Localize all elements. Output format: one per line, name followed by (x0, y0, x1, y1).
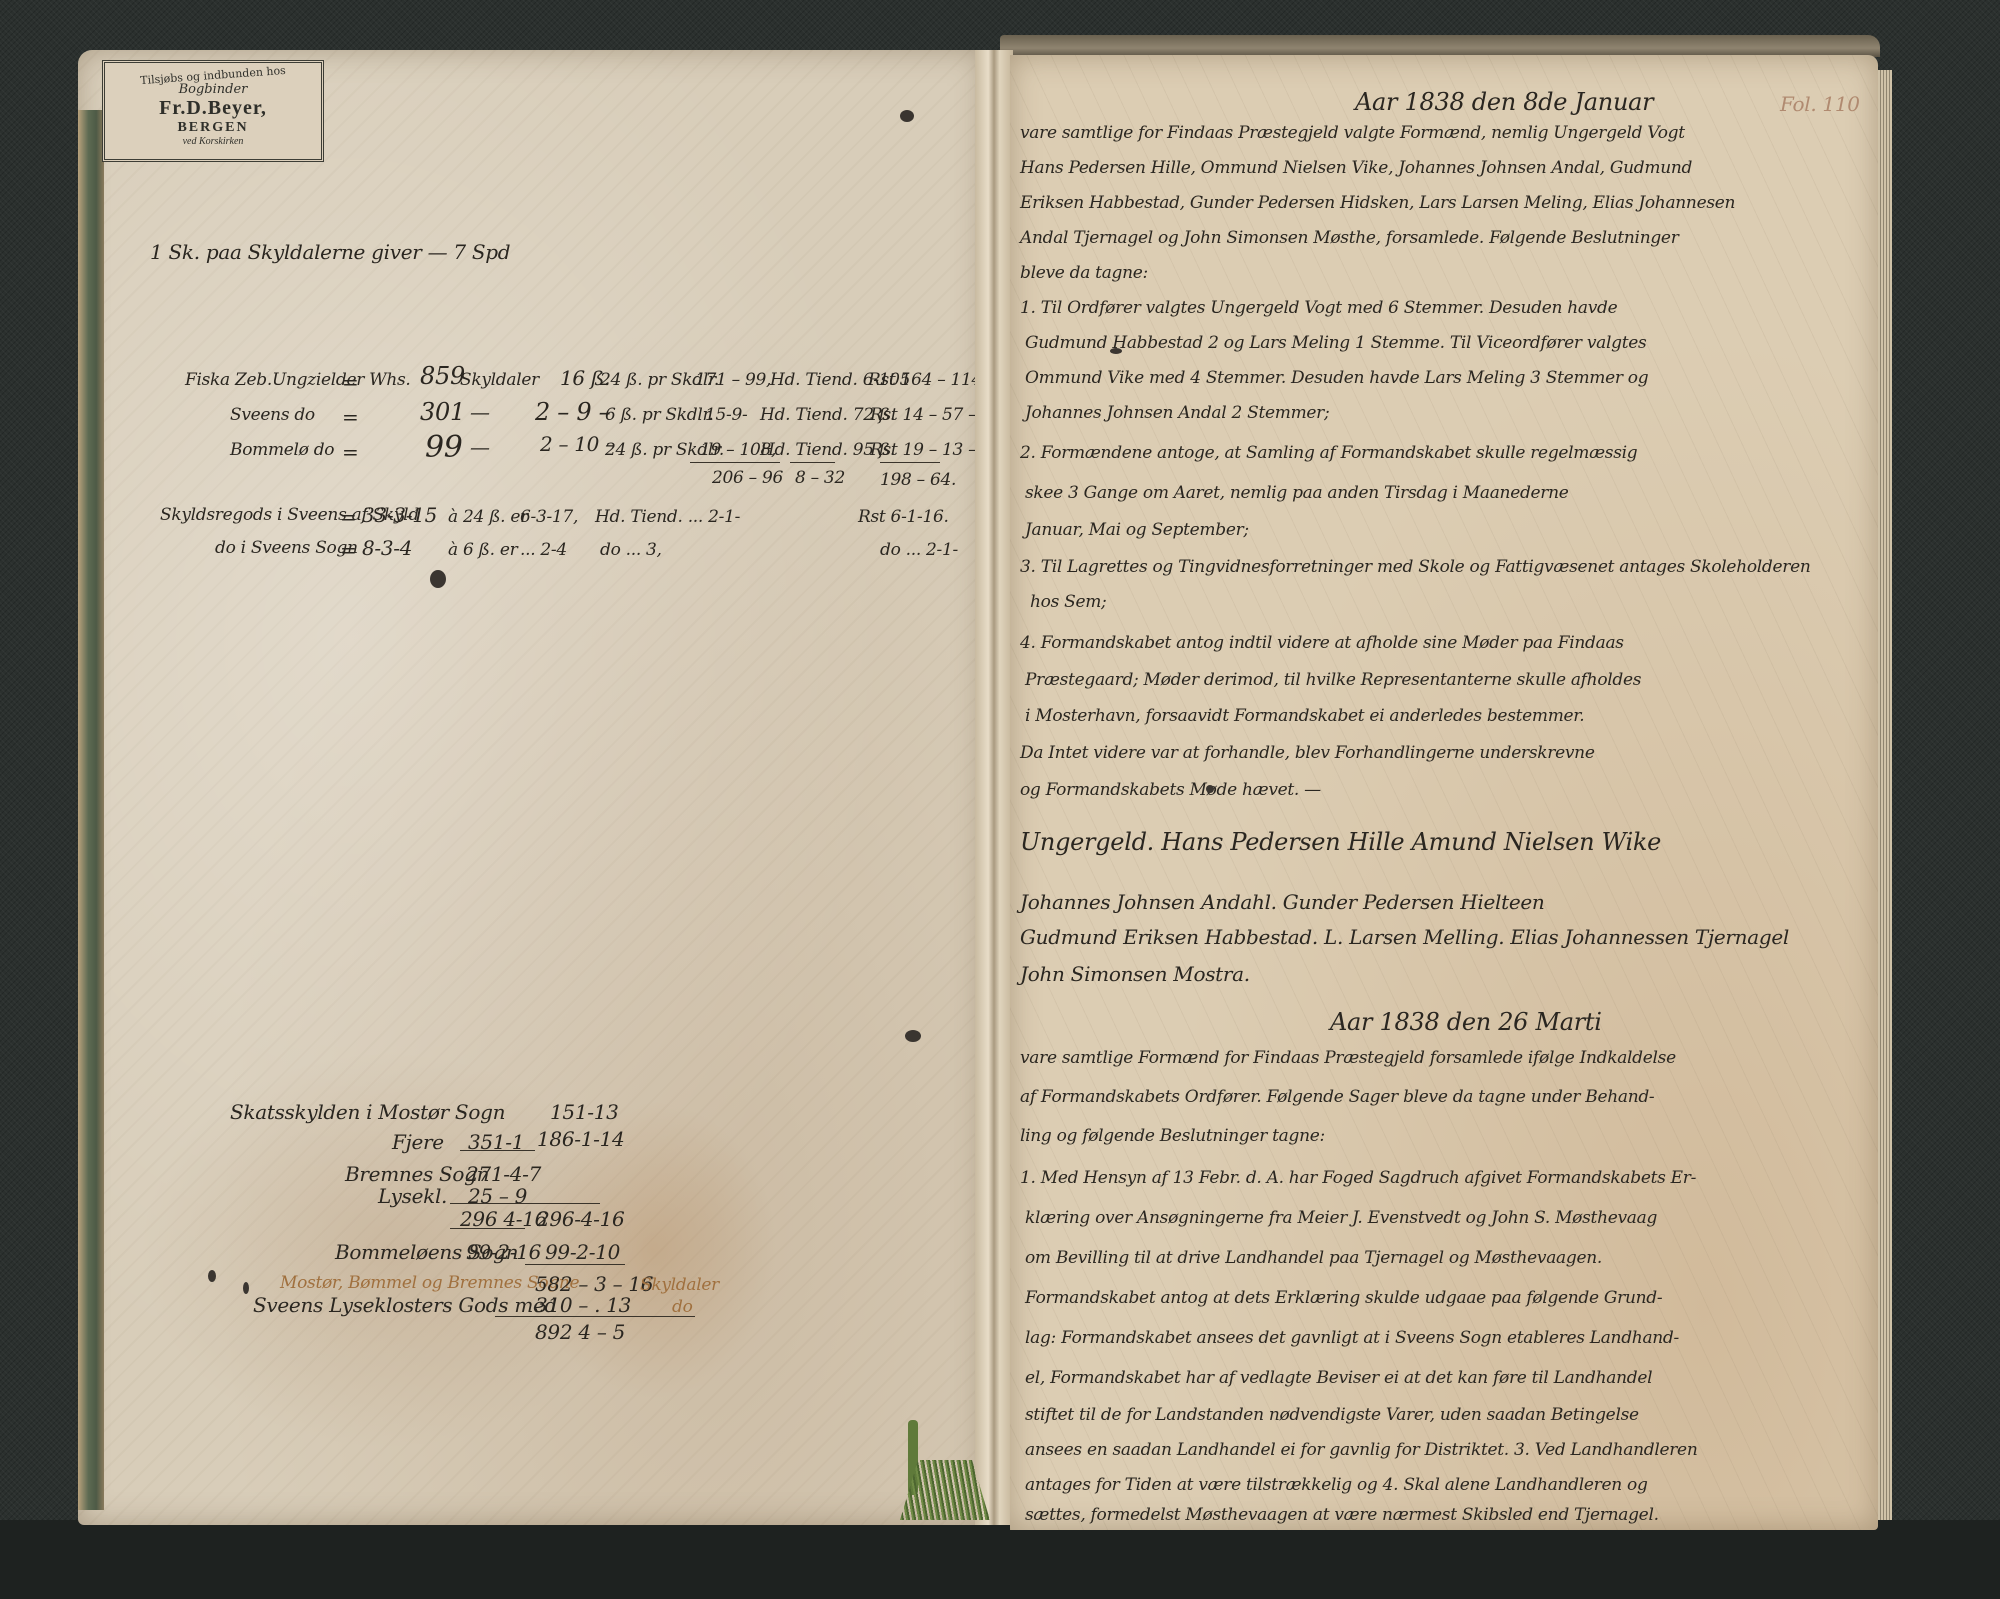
ink-blot (1110, 348, 1122, 354)
text-line: stiftet til de for Landstanden nødvendig… (1025, 1405, 1639, 1425)
text-line: og Formandskabets Møde hævet. — (1020, 780, 1321, 800)
value: 171 – 99, (695, 370, 771, 390)
text-line: Da Intet videre var at forhandle, blev F… (1020, 743, 1595, 763)
text-line: Præstegaard; Møder derimod, til hvilke R… (1025, 670, 1641, 690)
value: Rst 164 – 114 (868, 370, 982, 390)
row-label: Bommelø do (230, 440, 334, 460)
entry-date-heading: Aar 1838 den 8de Januar (1355, 88, 1653, 116)
text-line: antages for Tiden at være tilstrækkelig … (1025, 1475, 1648, 1495)
equals: = (342, 440, 358, 464)
bookbinder-label: Tilsjøbs og indbunden hos Bogbinder Fr.D… (102, 60, 324, 162)
binder-city: BERGEN (105, 120, 321, 136)
text-line: hos Sem; (1030, 592, 1106, 612)
ink-blot (243, 1282, 249, 1294)
sum-rule (880, 462, 940, 463)
row-label: do i Sveens Sogn (215, 538, 358, 558)
text-line: klæring over Ansøgningerne fra Meier J. … (1025, 1208, 1657, 1228)
text-line: 3. Til Lagrettes og Tingvidnesforretning… (1020, 557, 1811, 577)
unit: — (470, 400, 490, 424)
ink-blot (1206, 785, 1214, 793)
rate: à 6 ß. er (448, 540, 517, 560)
folio-number: Fol. 110 (1780, 92, 1860, 116)
text-line: Eriksen Habbestad, Gunder Pedersen Hidsk… (1020, 193, 1735, 213)
value: ... 2-4 (520, 540, 567, 560)
sum-rule (790, 462, 835, 463)
value: do ... 2-1- (880, 540, 958, 560)
text-line: skee 3 Gange om Aaret, nemlig paa anden … (1025, 483, 1569, 503)
tally-value: 186-1-14 (537, 1127, 624, 1151)
tally-value: 310 – . 13 (535, 1293, 631, 1317)
ink-blot (905, 1030, 921, 1042)
rate: 2 – 10 – (540, 432, 615, 456)
value: 15-9- (705, 405, 747, 425)
text-line: 1. Med Hensyn af 13 Febr. d. A. har Foge… (1020, 1168, 1696, 1188)
row-label: Fiska Zeb.Ungzielder Whs. (185, 370, 411, 390)
tally-label: Skatsskylden i Mostør Sogn (230, 1100, 505, 1124)
tally-value: 25 – 9 (468, 1184, 527, 1208)
text-line: Hans Pedersen Hille, Ommund Nielsen Vike… (1020, 158, 1692, 178)
tally-label: Sveens Lyseklosters Gods med (253, 1293, 557, 1317)
tally-value: 99-2-10 (545, 1240, 620, 1264)
text-line: Andal Tjernagel og John Simonsen Møsthe,… (1020, 228, 1679, 248)
signature-line: Ungergeld. Hans Pedersen Hille Amund Nie… (1020, 828, 1661, 856)
text-line: vare samtlige for Findaas Præstegjeld va… (1020, 123, 1685, 143)
page-edges (1878, 70, 1892, 1520)
per-rate: 6 ß. pr Skdlr. (605, 405, 714, 425)
ink-blot (208, 1270, 216, 1282)
equals: = (342, 405, 358, 429)
equals: = (340, 538, 356, 562)
tally-value: 271-4-7 (466, 1162, 541, 1186)
binder-address: ved Korskirken (105, 136, 321, 147)
text-line: bleve da tagne: (1020, 263, 1148, 283)
total: 8 – 32 (795, 468, 845, 488)
sum-rule (525, 1264, 625, 1265)
total: 198 – 64. (880, 470, 956, 490)
entry-date-heading: Aar 1838 den 26 Marti (1330, 1008, 1602, 1036)
text-line: Januar, Mai og September; (1025, 520, 1249, 540)
text-line: ansees en saadan Landhandel ei for gavnl… (1025, 1440, 1697, 1460)
amount: 859 (420, 362, 465, 390)
signature-line: John Simonsen Mostra. (1020, 962, 1250, 986)
sum-rule (450, 1203, 600, 1204)
amount: 33-3-15 (362, 503, 437, 527)
text-line: 1. Til Ordfører valgtes Ungergeld Vogt m… (1020, 298, 1617, 318)
rate: à 24 ß. er (448, 507, 528, 527)
tally-value: 892 4 – 5 (535, 1320, 625, 1344)
sum-rule (450, 1228, 525, 1229)
text-line: ling og følgende Beslutninger tagne: (1020, 1126, 1325, 1146)
signature-line: Johannes Johnsen Andahl. Gunder Pedersen… (1020, 890, 1544, 914)
rate: 2 – 9 – (535, 398, 610, 426)
text-line: om Bevilling til at drive Landhandel paa… (1025, 1248, 1602, 1268)
text-line: Johannes Johnsen Andal 2 Stemmer; (1025, 403, 1329, 423)
bookmark-tassel[interactable] (900, 1420, 990, 1520)
left-heading: 1 Sk. paa Skyldalerne giver — 7 Spd (150, 240, 510, 264)
text-line: af Formandskabets Ordfører. Følgende Sag… (1020, 1087, 1654, 1107)
tally-label: Lysekl. (378, 1184, 447, 1208)
marbled-spine-edge (78, 110, 104, 1510)
tally-note-brown: do (672, 1297, 693, 1317)
unit: Skyldaler (460, 370, 539, 390)
value: do ... 3, (600, 540, 662, 560)
total: 206 – 96 (712, 468, 783, 488)
cloth-background (0, 1520, 2000, 1599)
text-line: el, Formandskabet har af vedlagte Bevise… (1025, 1368, 1652, 1388)
text-line: vare samtlige Formænd for Findaas Præste… (1020, 1048, 1676, 1068)
value: Rst 14 – 57 – (870, 405, 976, 425)
value: 6-3-17, (520, 507, 578, 527)
sum-rule (690, 462, 780, 463)
ink-blot (900, 110, 914, 122)
tally-value: 99-2-16 (466, 1240, 541, 1264)
equals: = (342, 370, 358, 394)
unit: — (470, 435, 490, 459)
text-line: Formandskabet antog at dets Erklæring sk… (1025, 1288, 1662, 1308)
text-line: i Mosterhavn, forsaavidt Formandskabet e… (1025, 706, 1584, 726)
tally-note-brown: Skyldaler (640, 1275, 719, 1295)
value: Hd. Tiend. ... 2-1- (595, 507, 740, 527)
tally-value: 151-13 (550, 1100, 619, 1124)
text-line: lag: Formandskabet ansees det gavnligt a… (1025, 1328, 1679, 1348)
text-line: sættes, formedelst Møsthevaagen at være … (1025, 1505, 1659, 1525)
text-line: 4. Formandskabet antog indtil videre at … (1020, 633, 1624, 653)
book-top-edge (1000, 35, 1880, 57)
tally-value: 296-4-16 (537, 1207, 624, 1231)
amount: 8-3-4 (362, 536, 412, 560)
value: Rst 19 – 13 – (870, 440, 976, 460)
binder-name: Fr.D.Beyer, (105, 97, 321, 120)
book-gutter (975, 50, 1013, 1525)
amount: 99 (425, 430, 463, 465)
row-label: Sveens do (230, 405, 315, 425)
tally-label: Fjere (392, 1130, 444, 1154)
ink-blot (430, 570, 446, 588)
text-line: Ommund Vike med 4 Stemmer. Desuden havde… (1025, 368, 1648, 388)
amount: 301 (420, 398, 465, 426)
signature-line: Gudmund Eriksen Habbestad. L. Larsen Mel… (1020, 925, 1789, 949)
sum-rule (495, 1316, 695, 1317)
equals: = (340, 505, 356, 529)
text-line: 2. Formændene antoge, at Samling af Form… (1020, 443, 1637, 463)
sum-rule (460, 1150, 535, 1151)
value: Rst 6-1-16. (858, 507, 949, 527)
